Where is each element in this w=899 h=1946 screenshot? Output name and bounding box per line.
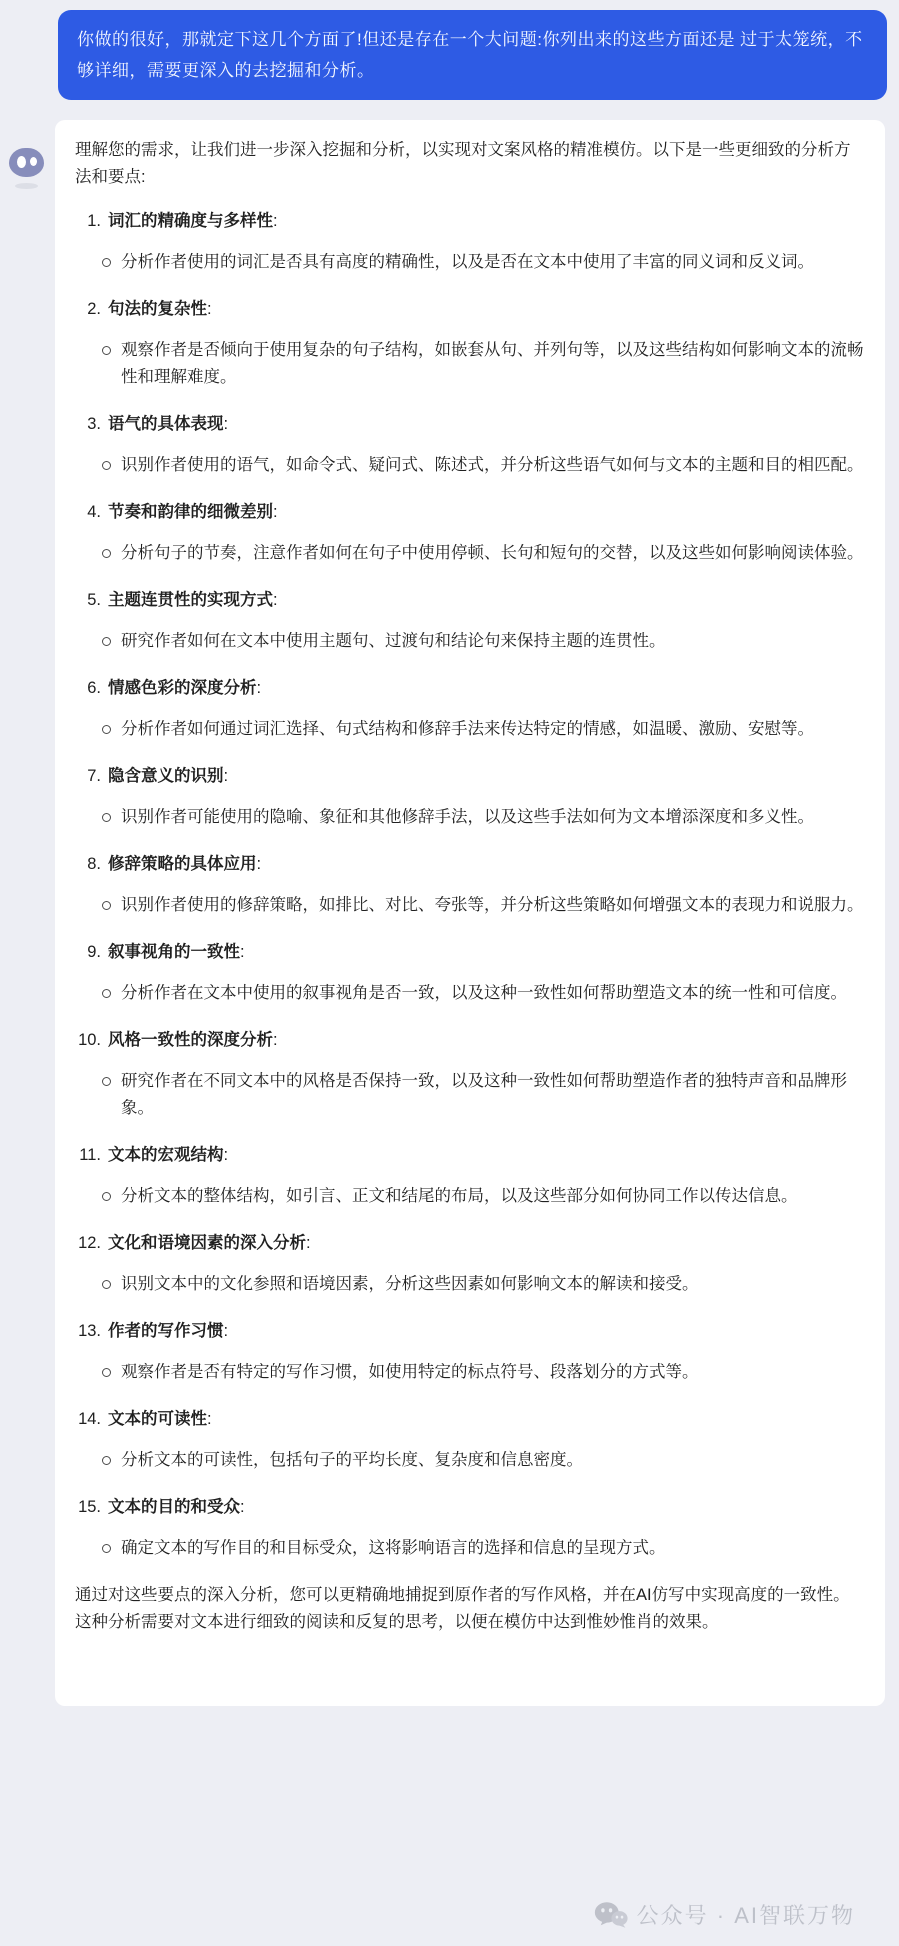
- circle-bullet-icon: [102, 1192, 111, 1201]
- intro-paragraph: 理解您的需求，让我们进一步深入挖掘和分析，以实现对文案风格的精准模仿。以下是一些…: [75, 137, 865, 191]
- chat-screenshot: 你做的很好，那就定下这几个方面了!但还是存在一个大问题:你列出来的这些方面还是 …: [0, 0, 899, 1946]
- item-colon: :: [306, 1234, 311, 1252]
- item-colon: :: [224, 767, 229, 785]
- list-item: 15.文本的目的和受众: 确定文本的写作目的和目标受众，这将影响语言的选择和信息…: [75, 1494, 865, 1562]
- circle-bullet-icon: [102, 725, 111, 734]
- item-title: 主题连贯性的实现方式: [108, 591, 273, 609]
- item-number: 13.: [75, 1318, 101, 1345]
- item-title: 文本的宏观结构: [108, 1146, 224, 1164]
- item-detail: 研究作者如何在文本中使用主题句、过渡句和结论句来保持主题的连贯性。: [121, 628, 865, 655]
- item-detail: 观察作者是否有特定的写作习惯，如使用特定的标点符号、段落划分的方式等。: [121, 1359, 865, 1386]
- item-number: 15.: [75, 1494, 101, 1521]
- item-number: 4.: [75, 499, 101, 526]
- analysis-list: 1.词汇的精确度与多样性: 分析作者使用的词汇是否具有高度的精确性，以及是否在文…: [75, 208, 865, 1562]
- item-colon: :: [257, 855, 262, 873]
- user-message-bubble: 你做的很好，那就定下这几个方面了!但还是存在一个大问题:你列出来的这些方面还是 …: [58, 10, 887, 100]
- item-colon: :: [207, 300, 212, 318]
- list-item: 8.修辞策略的具体应用: 识别作者使用的修辞策略，如排比、对比、夸张等，并分析这…: [75, 851, 865, 919]
- circle-bullet-icon: [102, 549, 111, 558]
- circle-bullet-icon: [102, 813, 111, 822]
- item-detail: 观察作者是否倾向于使用复杂的句子结构，如嵌套从句、并列句等，以及这些结构如何影响…: [121, 337, 865, 391]
- item-detail: 识别作者使用的修辞策略，如排比、对比、夸张等，并分析这些策略如何增强文本的表现力…: [121, 892, 865, 919]
- assistant-avatar robot-face-icon: [9, 148, 44, 177]
- list-item: 11.文本的宏观结构: 分析文本的整体结构，如引言、正文和结尾的布局，以及这些部…: [75, 1142, 865, 1210]
- item-number: 1.: [75, 208, 101, 235]
- outro-paragraph: 通过对这些要点的深入分析，您可以更精确地捕捉到原作者的写作风格，并在AI仿写中实…: [75, 1582, 865, 1636]
- circle-bullet-icon: [102, 637, 111, 646]
- item-number: 7.: [75, 763, 101, 790]
- list-item: 12.文化和语境因素的深入分析: 识别文本中的文化参照和语境因素，分析这些因素如…: [75, 1230, 865, 1298]
- circle-bullet-icon: [102, 461, 111, 470]
- item-colon: :: [224, 1322, 229, 1340]
- item-number: 11.: [75, 1142, 101, 1169]
- item-colon: :: [207, 1410, 212, 1428]
- item-detail: 研究作者在不同文本中的风格是否保持一致，以及这种一致性如何帮助塑造作者的独特声音…: [121, 1068, 865, 1122]
- robot-eye-left: [17, 156, 26, 168]
- list-item: 3.语气的具体表现: 识别作者使用的语气，如命令式、疑问式、陈述式，并分析这些语…: [75, 411, 865, 479]
- item-detail: 分析作者如何通过词汇选择、句式结构和修辞手法来传达特定的情感，如温暖、激励、安慰…: [121, 716, 865, 743]
- item-title: 风格一致性的深度分析: [108, 1031, 273, 1049]
- item-title: 隐含意义的识别: [108, 767, 224, 785]
- item-detail: 分析文本的可读性，包括句子的平均长度、复杂度和信息密度。: [121, 1447, 865, 1474]
- item-number: 10.: [75, 1027, 101, 1054]
- item-number: 9.: [75, 939, 101, 966]
- item-detail: 分析文本的整体结构，如引言、正文和结尾的布局，以及这些部分如何协同工作以传达信息…: [121, 1183, 865, 1210]
- item-title: 情感色彩的深度分析: [108, 679, 257, 697]
- item-number: 2.: [75, 296, 101, 323]
- item-title: 叙事视角的一致性: [108, 943, 240, 961]
- circle-bullet-icon: [102, 1077, 111, 1086]
- item-detail: 识别作者可能使用的隐喻、象征和其他修辞手法，以及这些手法如何为文本增添深度和多义…: [121, 804, 865, 831]
- list-item: 5.主题连贯性的实现方式: 研究作者如何在文本中使用主题句、过渡句和结论句来保持…: [75, 587, 865, 655]
- item-title: 文本的可读性: [108, 1410, 207, 1428]
- item-colon: :: [257, 679, 262, 697]
- assistant-message-card: 理解您的需求，让我们进一步深入挖掘和分析，以实现对文案风格的精准模仿。以下是一些…: [55, 120, 885, 1706]
- user-message-text: 你做的很好，那就定下这几个方面了!但还是存在一个大问题:你列出来的这些方面还是 …: [77, 30, 863, 80]
- robot-eye-right: [30, 157, 37, 166]
- circle-bullet-icon: [102, 258, 111, 267]
- watermark: 公众号 · AI智联万物: [594, 1899, 855, 1930]
- item-colon: :: [224, 415, 229, 433]
- item-title: 语气的具体表现: [108, 415, 224, 433]
- wechat-icon: [594, 1901, 628, 1929]
- watermark-text: 公众号 · AI智联万物: [637, 1899, 855, 1930]
- list-item: 4.节奏和韵律的细微差别: 分析句子的节奏，注意作者如何在句子中使用停顿、长句和…: [75, 499, 865, 567]
- item-colon: :: [273, 212, 278, 230]
- circle-bullet-icon: [102, 1544, 111, 1553]
- item-detail: 分析作者在文本中使用的叙事视角是否一致，以及这种一致性如何帮助塑造文本的统一性和…: [121, 980, 865, 1007]
- item-colon: :: [273, 503, 278, 521]
- item-title: 节奏和韵律的细微差别: [108, 503, 273, 521]
- avatar-shadow: [15, 183, 38, 189]
- item-colon: :: [273, 591, 278, 609]
- item-number: 14.: [75, 1406, 101, 1433]
- item-title: 词汇的精确度与多样性: [108, 212, 273, 230]
- item-title: 作者的写作习惯: [108, 1322, 224, 1340]
- list-item: 1.词汇的精确度与多样性: 分析作者使用的词汇是否具有高度的精确性，以及是否在文…: [75, 208, 865, 276]
- item-detail: 分析作者使用的词汇是否具有高度的精确性，以及是否在文本中使用了丰富的同义词和反义…: [121, 249, 865, 276]
- circle-bullet-icon: [102, 1280, 111, 1289]
- item-detail: 分析句子的节奏，注意作者如何在句子中使用停顿、长句和短句的交替，以及这些如何影响…: [121, 540, 865, 567]
- list-item: 2.句法的复杂性: 观察作者是否倾向于使用复杂的句子结构，如嵌套从句、并列句等，…: [75, 296, 865, 391]
- list-item: 13.作者的写作习惯: 观察作者是否有特定的写作习惯，如使用特定的标点符号、段落…: [75, 1318, 865, 1386]
- item-title: 修辞策略的具体应用: [108, 855, 257, 873]
- item-number: 5.: [75, 587, 101, 614]
- item-colon: :: [224, 1146, 229, 1164]
- item-number: 6.: [75, 675, 101, 702]
- list-item: 14.文本的可读性: 分析文本的可读性，包括句子的平均长度、复杂度和信息密度。: [75, 1406, 865, 1474]
- item-detail: 识别作者使用的语气，如命令式、疑问式、陈述式，并分析这些语气如何与文本的主题和目…: [121, 452, 865, 479]
- item-title: 文化和语境因素的深入分析: [108, 1234, 306, 1252]
- item-colon: :: [240, 1498, 245, 1516]
- circle-bullet-icon: [102, 346, 111, 355]
- item-number: 3.: [75, 411, 101, 438]
- circle-bullet-icon: [102, 989, 111, 998]
- item-detail: 确定文本的写作目的和目标受众，这将影响语言的选择和信息的呈现方式。: [121, 1535, 865, 1562]
- item-detail: 识别文本中的文化参照和语境因素，分析这些因素如何影响文本的解读和接受。: [121, 1271, 865, 1298]
- item-title: 文本的目的和受众: [108, 1498, 240, 1516]
- circle-bullet-icon: [102, 1368, 111, 1377]
- circle-bullet-icon: [102, 901, 111, 910]
- list-item: 6.情感色彩的深度分析: 分析作者如何通过词汇选择、句式结构和修辞手法来传达特定…: [75, 675, 865, 743]
- assistant-message-row: 理解您的需求，让我们进一步深入挖掘和分析，以实现对文案风格的精准模仿。以下是一些…: [0, 120, 899, 1706]
- item-number: 8.: [75, 851, 101, 878]
- list-item: 7.隐含意义的识别: 识别作者可能使用的隐喻、象征和其他修辞手法，以及这些手法如…: [75, 763, 865, 831]
- circle-bullet-icon: [102, 1456, 111, 1465]
- list-item: 9.叙事视角的一致性: 分析作者在文本中使用的叙事视角是否一致，以及这种一致性如…: [75, 939, 865, 1007]
- list-item: 10.风格一致性的深度分析: 研究作者在不同文本中的风格是否保持一致，以及这种一…: [75, 1027, 865, 1122]
- item-colon: :: [273, 1031, 278, 1049]
- item-colon: :: [240, 943, 245, 961]
- item-title: 句法的复杂性: [108, 300, 207, 318]
- item-number: 12.: [75, 1230, 101, 1257]
